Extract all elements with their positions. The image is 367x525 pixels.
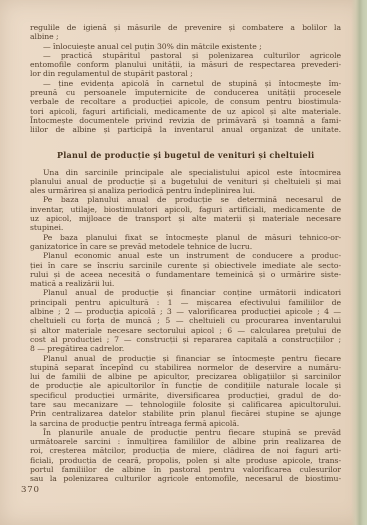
text-line: Pe baza planului anual de producție se d… (30, 195, 341, 204)
text-line: stupinei. (30, 223, 341, 232)
page-number: 370 (21, 485, 40, 495)
text-line: portul familiilor de albine în pastoral … (30, 465, 341, 474)
paragraph-masuri-tehnice: Pe baza planului fixat se întocmește pla… (30, 233, 341, 252)
paragraph-intocmire-stupina: Planul anual de producție și financiar s… (30, 354, 341, 428)
text-line: Planul economic anual este un instrument… (30, 251, 341, 260)
text-line: Întocmește documentele privind revizia d… (30, 116, 341, 125)
text-line: la sarcina de producție pentru întreaga … (30, 419, 341, 428)
text-line: Pe baza planului fixat se întocmește pla… (30, 233, 341, 242)
text-line: lor din regulamentul de stupărit pastora… (30, 69, 341, 78)
text-line: și altor materiale necesare sectorului a… (30, 326, 341, 335)
paragraph-plan-intro: Una din sarcinile principale ale special… (30, 168, 341, 196)
text-line: albine ; 2 — producția apicolă ; 3 — val… (30, 307, 341, 316)
text-line: albine ; (30, 32, 341, 41)
text-line: ales urmărirea și analiza periodică pent… (30, 186, 341, 195)
text-line: tori apicoli, faguri artificiali, medica… (30, 107, 341, 116)
text-line: liilor de albine și participă la inventa… (30, 125, 341, 134)
text-line: — înlocuiește anual cel puțin 30% din mă… (30, 42, 341, 51)
page-text: regulile de igienă și măsurile de preven… (30, 23, 341, 484)
text-line: preună cu persoanele împuternicite de co… (30, 88, 341, 97)
text-line: planului anual de producție și a bugetul… (30, 177, 341, 186)
text-line: — ține evidența apicolă în carnetul de s… (30, 79, 341, 88)
text-line: cost al producției ; 7 — construcții și … (30, 335, 341, 344)
section-heading: Planul de producție și bugetul de venitu… (57, 150, 341, 160)
paragraph-necesar: Pe baza planului anual de producție se d… (30, 195, 341, 232)
text-line: următoarele sarcini : înmulțirea familii… (30, 437, 341, 446)
paragraph-indicatori: Planul anual de producție și financiar c… (30, 288, 341, 353)
text-line: Prin centralizarea datelor stabilite pri… (30, 409, 341, 418)
text-line: Planul anual de producție și financiar c… (30, 288, 341, 297)
text-line: Una din sarcinile principale ale special… (30, 168, 341, 177)
paragraph-plan-economic: Planul economic anual este un instrument… (30, 251, 341, 288)
paragraph-sarcini-anuale: În planurile anuale de producție pentru … (30, 428, 341, 484)
text-line: lui de familii de albine pe apicultor, p… (30, 372, 341, 381)
text-line: inventar, utilaje, biostimulatori apicol… (30, 205, 341, 214)
text-line: 8 — pregătirea cadrelor. (30, 344, 341, 353)
text-line: ganizatorice în care se prevăd metodele … (30, 242, 341, 251)
text-line: regulile de igienă și măsurile de preven… (30, 23, 341, 32)
text-line: stupină separat începînd cu stabilirea n… (30, 363, 341, 372)
text-line: matică a realizării lui. (30, 279, 341, 288)
text-line: rului și de aceea necesită o fundamentar… (30, 270, 341, 279)
text-line: specificul producției urmărite, diversif… (30, 391, 341, 400)
book-page: regulile de igienă și măsurile de preven… (0, 0, 367, 525)
text-line: sau la polenizarea culturilor agricole e… (30, 474, 341, 483)
text-line: tare sau mecanizare — tehnologiile folos… (30, 400, 341, 409)
text-line: de producție ale apicultorilor în funcți… (30, 381, 341, 390)
text-line: ției în care se înscriu sarcinile curent… (30, 261, 341, 270)
text-line: principali pentru apicultură : 1 — mișca… (30, 298, 341, 307)
text-line: — practică stupăritul pastoral și poleni… (30, 51, 341, 60)
text-line: entomofile conform planului unității, ia… (30, 60, 341, 69)
page-edge-strip (351, 0, 367, 525)
text-line: uz apicol, mijloace de transport și alte… (30, 214, 341, 223)
text-line: Planul anual de producție și financiar s… (30, 354, 341, 363)
text-line: roi, creșterea mătcilor, producția de mi… (30, 446, 341, 455)
continued-paragraph-duties: regulile de igienă și măsurile de preven… (30, 23, 341, 135)
text-line: ficiali, producția de ceară, propolis, p… (30, 456, 341, 465)
text-line: verbale de recoltare a producției apicol… (30, 97, 341, 106)
text-line: În planurile anuale de producție pentru … (30, 428, 341, 437)
text-line: cheltuieli cu forța de muncă ; 5 — chelt… (30, 316, 341, 325)
